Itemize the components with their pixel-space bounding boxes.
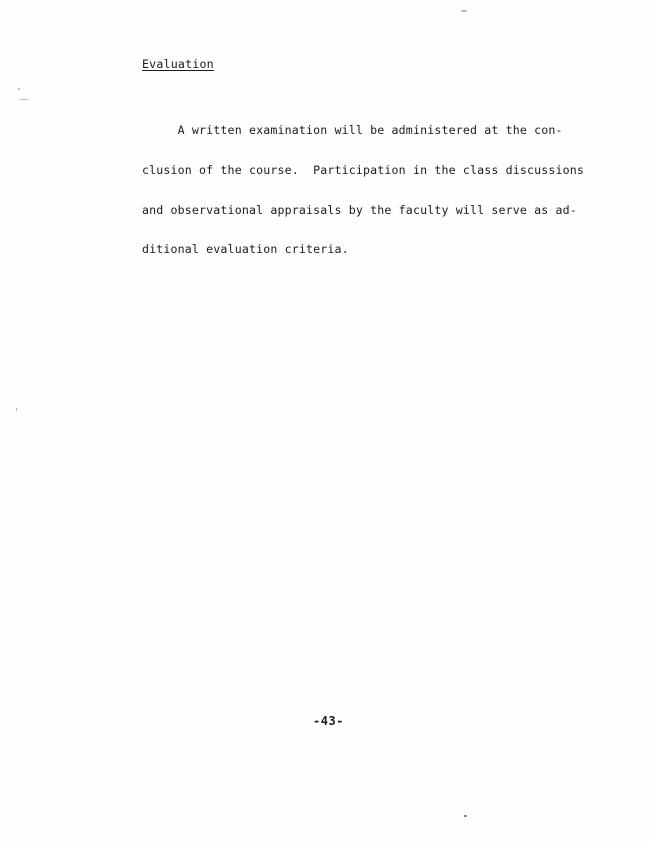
scan-speck: [464, 815, 467, 817]
paragraph-line: ditional evaluation criteria.: [142, 243, 562, 256]
scan-speck: [16, 408, 17, 411]
paragraph-line: clusion of the course. Participation in …: [142, 164, 562, 177]
section-heading-evaluation: Evaluation: [142, 57, 214, 71]
page-number: -43-: [313, 714, 344, 728]
scan-speck: [461, 10, 467, 12]
paragraph-line: and observational appraisals by the facu…: [142, 204, 562, 217]
paragraph-line: A written examination will be administer…: [142, 124, 562, 137]
document-page: Evaluation A written examination will be…: [0, 0, 650, 842]
scan-speck: [20, 99, 28, 100]
evaluation-paragraph: A written examination will be administer…: [142, 98, 562, 283]
scan-speck: [18, 88, 20, 90]
